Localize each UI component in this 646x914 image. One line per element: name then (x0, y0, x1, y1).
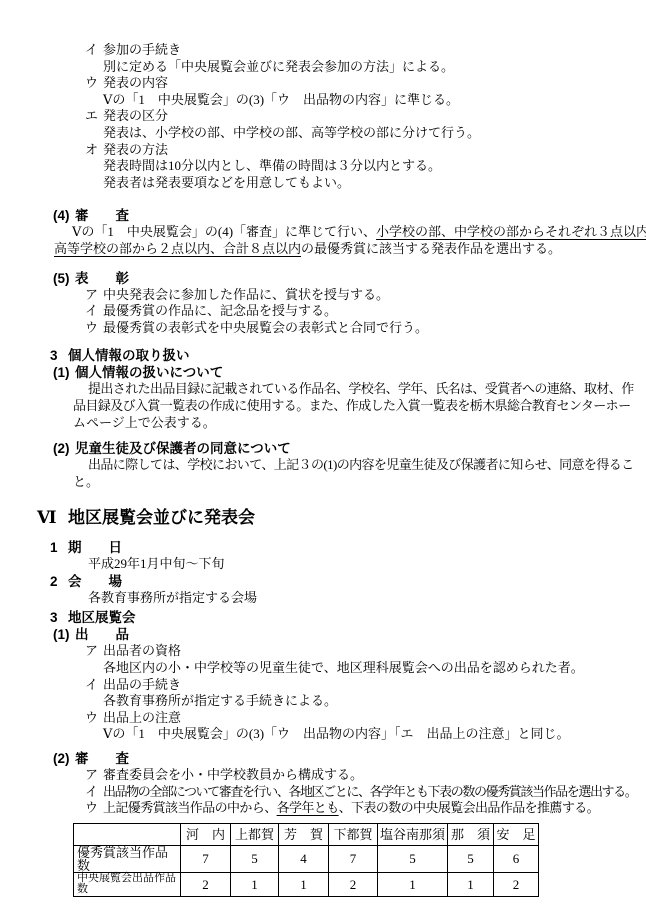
column-header: 下都賀 (329, 823, 378, 845)
item-text: 中央発表会に参加した作品に、賞状を授与する。 (103, 287, 389, 302)
kana-item: イ出品の手続き (0, 677, 646, 694)
item-body: 発表者は発表要項などを用意してもよい。 (0, 175, 646, 192)
table-cell: 2 (181, 872, 231, 896)
underlined-text: 各学年とも (277, 800, 339, 815)
item-text: 出品物の全部について審査を行い、各地区ごとに、各学年とも下表の数の優秀賞該当作品… (103, 784, 636, 799)
item-text: 審査委員会を小・中学校教員から構成する。 (103, 767, 363, 782)
body-line: 各教育事務所が指定する会場 (0, 590, 646, 607)
section-numeral: Ⅵ (37, 506, 68, 530)
heading-examination: (4)審 査 (0, 207, 646, 224)
table-cell: 5 (448, 845, 494, 872)
item-text: 最優秀賞の作品に、記念品を授与する。 (103, 303, 337, 318)
heading-title: 児童生徒及び保護者の同意について (75, 441, 291, 456)
kana-item: ア中央発表会に参加した作品に、賞状を授与する。 (0, 287, 646, 304)
table-cell: 5 (378, 845, 448, 872)
heading-label: 3 (50, 347, 68, 364)
kana-item: ウ最優秀賞の表彰式を中央展覧会の表彰式と合同で行う。 (0, 320, 646, 337)
heading-personal-info: 3個人情報の取り扱い (0, 347, 646, 364)
table-cell: 7 (329, 845, 378, 872)
underlined-text: 小学校の部、中学校の部からそれぞれ３点以内、 (376, 224, 646, 239)
paragraph-line: 提出された出品目録に記載されている作品名、学校名、学年、氏名は、受賞者への連絡、… (0, 381, 646, 398)
item-text: 最優秀賞の表彰式を中央展覧会の表彰式と合同で行う。 (103, 320, 428, 335)
item-body: 各教育事務所が指定する手続きによる。 (0, 693, 646, 710)
item-label: イ (85, 42, 103, 59)
table-cell: 1 (279, 872, 329, 896)
item-title: 発表の区分 (103, 108, 168, 123)
item-title: 発表の方法 (103, 142, 168, 157)
item-label: オ (85, 142, 103, 159)
heading-title: 表 彰 (75, 271, 129, 286)
item-body: 発表時間は10分以内とし、準備の時間は３分以内とする。 (0, 158, 646, 175)
table-cell: 6 (494, 845, 539, 872)
paragraph-line: と。 (0, 474, 646, 491)
item-title: 発表の内容 (103, 75, 168, 90)
item-title: 参加の手続き (103, 42, 181, 57)
table-cell: 1 (448, 872, 494, 896)
table-cell: 1 (378, 872, 448, 896)
kana-item: ウ上記優秀賞該当作品の中から、各学年とも、下表の数の中央展覧会出品作品を推薦する… (0, 800, 646, 817)
table-row: 優秀賞該当作品数 7 5 4 7 5 5 6 (74, 845, 539, 872)
heading-label: (4) (53, 207, 75, 224)
item-label: ウ (85, 75, 103, 92)
kana-item: オ発表の方法 (0, 142, 646, 159)
kana-item: イ最優秀賞の作品に、記念品を授与する。 (0, 303, 646, 320)
kana-item: イ出品物の全部について審査を行い、各地区ごとに、各学年とも下表の数の優秀賞該当作… (0, 784, 646, 801)
table-corner-cell (74, 823, 181, 845)
item-label: ア (85, 767, 103, 784)
paragraph-line: ムページ上で公表する。 (0, 415, 646, 432)
item-text: 上記優秀賞該当作品の中から、 (103, 800, 277, 815)
heading-entry: (1)出 品 (0, 626, 646, 643)
row-header: 中央展覧会出品作品数 (74, 872, 181, 896)
heading-personal-info-handling: (1)個人情報の扱いについて (0, 364, 646, 381)
row-header: 優秀賞該当作品数 (74, 845, 181, 872)
item-body: 各地区内の小・中学校等の児童生徒で、地区理科展覧会への出品を認められた者。 (0, 660, 646, 677)
heading-title: 地区展覧会 (68, 610, 136, 625)
item-body: Ⅴの「1 中央展覧会」の(3)「ウ 出品物の内容」に準じる。 (0, 92, 646, 109)
column-header: 芳 賀 (279, 823, 329, 845)
table-row: 中央展覧会出品作品数 2 1 1 2 1 1 2 (74, 872, 539, 896)
table-cell: 2 (494, 872, 539, 896)
heading-district-examination: (2)審 査 (0, 750, 646, 767)
column-header: 那 須 (448, 823, 494, 845)
heading-label: (1) (53, 364, 75, 381)
item-body: 別に定める「中央展覧会並びに発表会参加の方法」による。 (0, 59, 646, 76)
item-label: ウ (85, 800, 103, 817)
text-run: Ⅴの「1 中央展覧会」の(4)「審査」に準じて行い、 (72, 224, 376, 239)
table-cell: 1 (231, 872, 279, 896)
paragraph-line: 品目録及び入賞一覧表の作成に使用する。また、作成した入賞一覧表を栃木県総合教育セ… (0, 398, 646, 415)
item-label: ウ (85, 710, 103, 727)
table-cell: 2 (329, 872, 378, 896)
column-header: 塩谷南那須 (378, 823, 448, 845)
heading-district-exhibition: 3地区展覧会 (0, 609, 646, 626)
table-header-row: 河 内 上都賀 芳 賀 下都賀 塩谷南那須 那 須 安 足 (74, 823, 539, 845)
heading-title: 期 日 (68, 540, 122, 555)
item-label: ア (85, 643, 103, 660)
column-header: 安 足 (494, 823, 539, 845)
heading-date: 1期 日 (0, 539, 646, 556)
item-body: Ⅴの「1 中央展覧会」の(3)「ウ 出品物の内容」「エ 出品上の注意」と同じ。 (0, 726, 646, 743)
item-label: エ (85, 108, 103, 125)
column-header: 河 内 (181, 823, 231, 845)
paragraph-line: Ⅴの「1 中央展覧会」の(4)「審査」に準じて行い、小学校の部、中学校の部からそ… (0, 224, 646, 241)
item-label: ウ (85, 320, 103, 337)
item-label: イ (85, 303, 103, 320)
body-line: 平成29年1月中旬～下旬 (0, 556, 646, 573)
heading-label: (1) (53, 626, 75, 643)
table-cell: 4 (279, 845, 329, 872)
heading-section-vi: Ⅵ地区展覧会並びに発表会 (0, 506, 646, 530)
document-content: イ参加の手続き 別に定める「中央展覧会並びに発表会参加の方法」による。 ウ発表の… (0, 0, 646, 897)
item-body: 発表は、小学校の部、中学校の部、高等学校の部に分けて行う。 (0, 125, 646, 142)
heading-label: 3 (50, 609, 68, 626)
item-label: イ (85, 677, 103, 694)
kana-item: イ参加の手続き (0, 42, 646, 59)
district-quota-table: 河 内 上都賀 芳 賀 下都賀 塩谷南那須 那 須 安 足 優秀賞該当作品数 7… (73, 823, 539, 897)
heading-label: (2) (53, 440, 75, 457)
item-title: 出品の手続き (103, 677, 181, 692)
heading-consent: (2)児童生徒及び保護者の同意について (0, 440, 646, 457)
item-label: ア (85, 287, 103, 304)
heading-title: 審 査 (75, 208, 129, 223)
kana-item: ウ出品上の注意 (0, 710, 646, 727)
heading-label: 1 (50, 539, 68, 556)
heading-title: 個人情報の取り扱い (68, 348, 190, 363)
heading-title: 会 場 (68, 574, 122, 589)
heading-title: 審 査 (75, 751, 129, 766)
heading-title: 出 品 (75, 627, 129, 642)
paragraph-line: 高等学校の部から２点以内、合計８点以内の最優秀賞に該当する発表作品を選出する。 (0, 241, 646, 258)
kana-item: ア審査委員会を小・中学校教員から構成する。 (0, 767, 646, 784)
table-cell: 7 (181, 845, 231, 872)
heading-title: 地区展覧会並びに発表会 (68, 508, 255, 527)
kana-item: エ発表の区分 (0, 108, 646, 125)
heading-label: (5) (53, 270, 75, 287)
heading-label: (2) (53, 750, 75, 767)
item-label: イ (85, 784, 103, 801)
column-header: 上都賀 (231, 823, 279, 845)
heading-venue: 2会 場 (0, 573, 646, 590)
table-cell: 5 (231, 845, 279, 872)
heading-commendation: (5)表 彰 (0, 270, 646, 287)
heading-title: 個人情報の扱いについて (75, 365, 223, 380)
item-title: 出品者の資格 (103, 643, 181, 658)
kana-item: ア出品者の資格 (0, 643, 646, 660)
document-page: イ参加の手続き 別に定める「中央展覧会並びに発表会参加の方法」による。 ウ発表の… (0, 0, 646, 914)
item-text: 、下表の数の中央展覧会出品作品を推薦する。 (339, 800, 599, 815)
paragraph-line: 出品に際しては、学校において、上記３の(1)の内容を児童生徒及び保護者に知らせ、… (0, 457, 646, 474)
item-title: 出品上の注意 (103, 710, 181, 725)
text-run: の最優秀賞に該当する発表作品を選出する。 (301, 241, 561, 256)
heading-label: 2 (50, 573, 68, 590)
underlined-text: 高等学校の部から２点以内、合計８点以内 (54, 241, 301, 256)
kana-item: ウ発表の内容 (0, 75, 646, 92)
